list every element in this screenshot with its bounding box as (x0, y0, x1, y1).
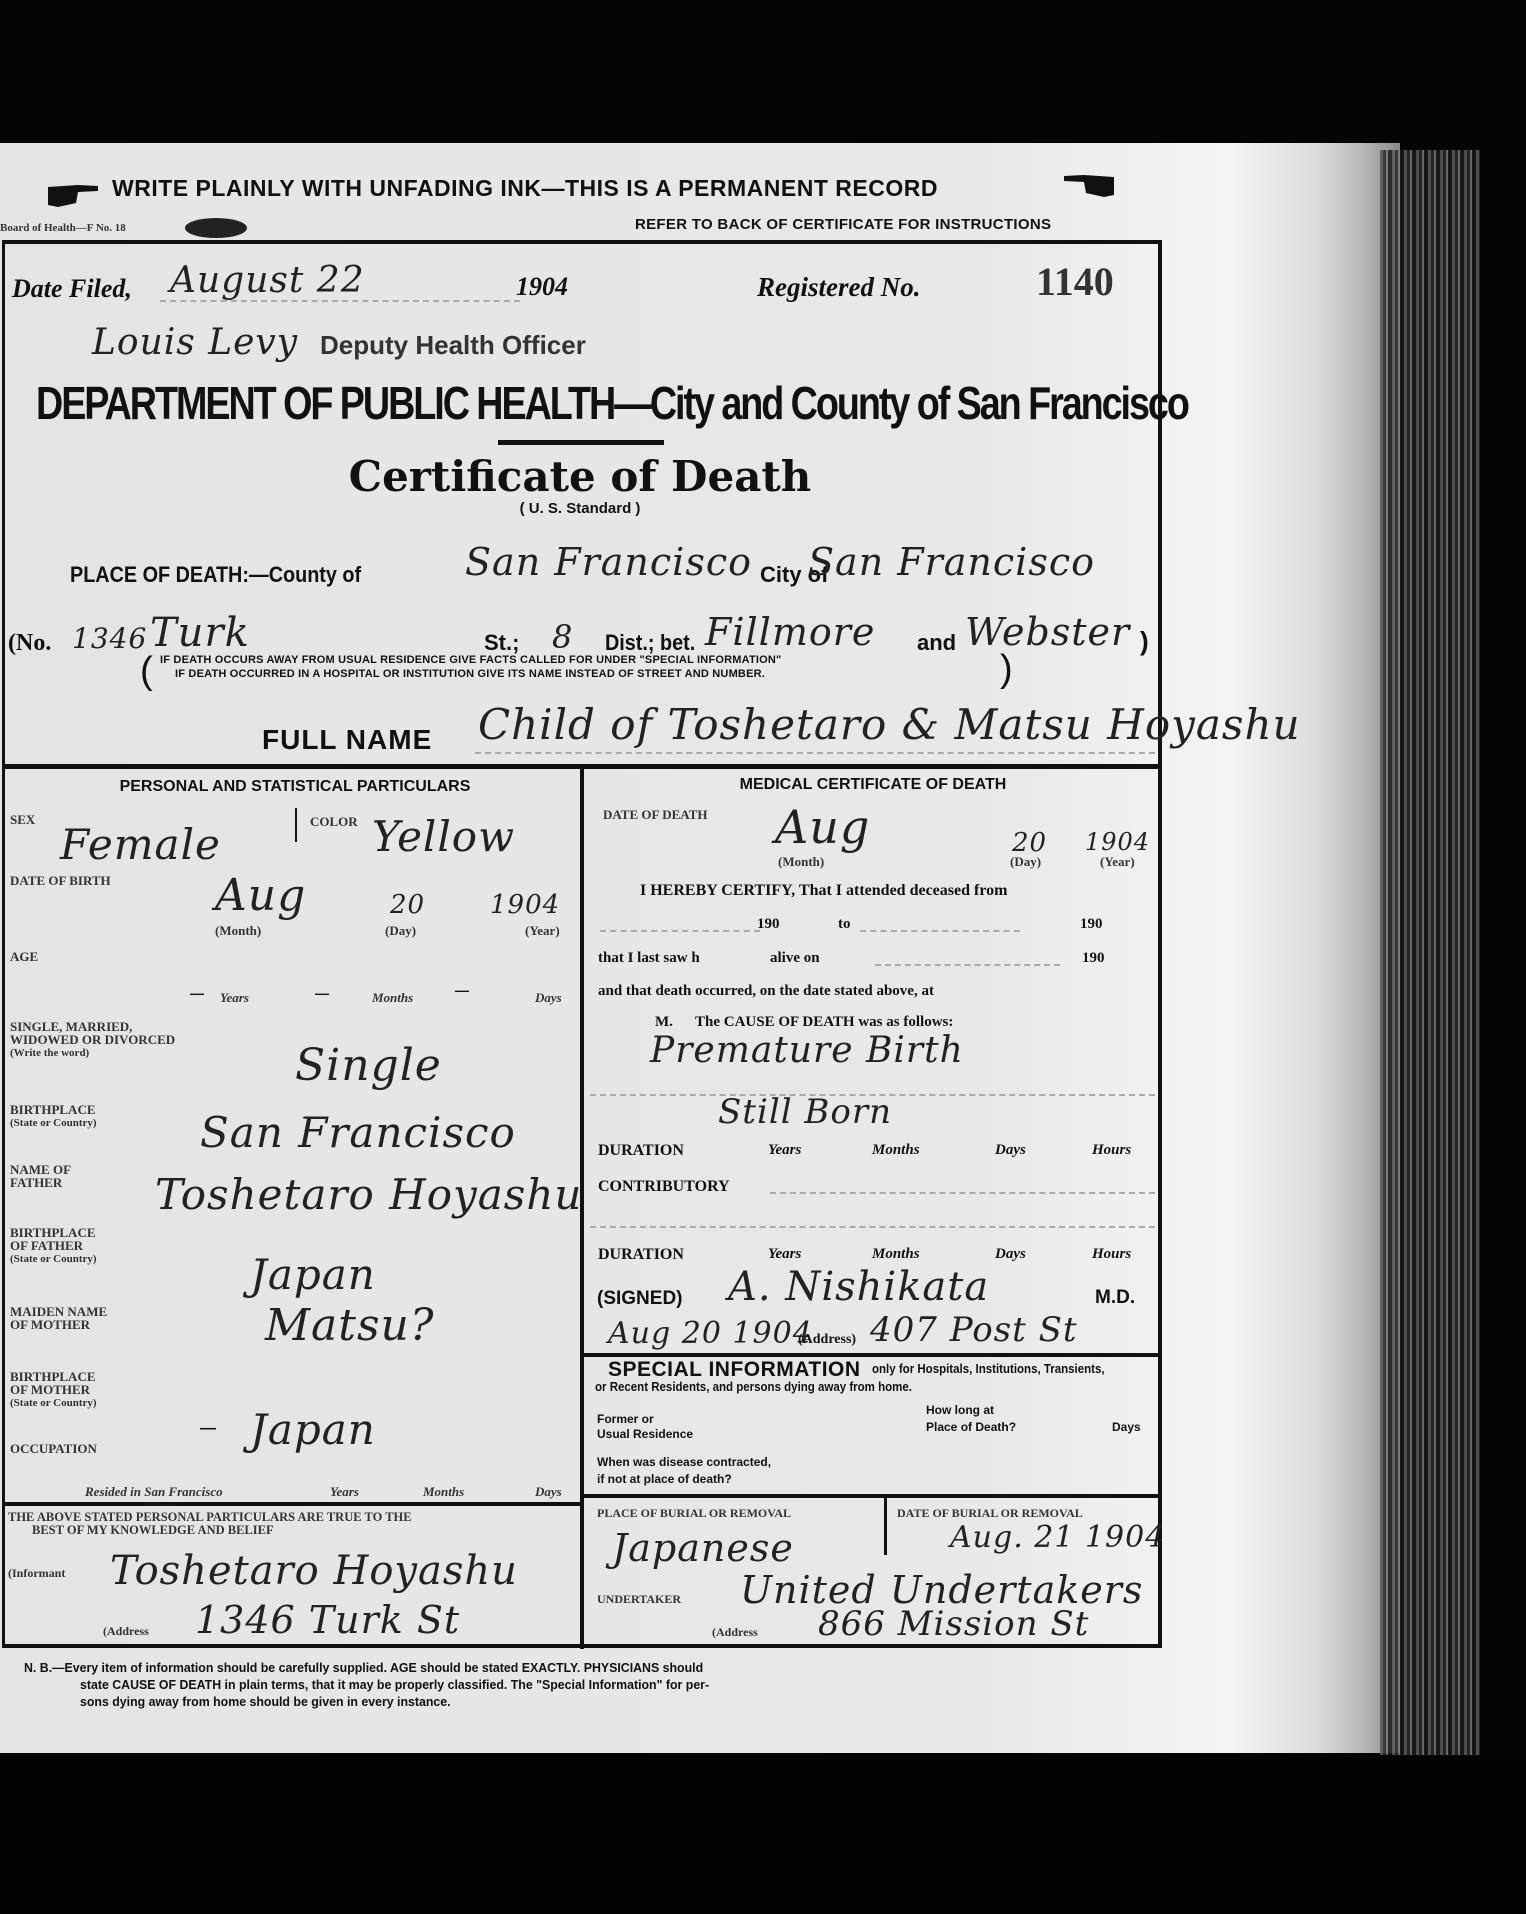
cause-primary: Premature Birth (650, 1030, 964, 1071)
place-of-death-label: PLACE OF DEATH:—County of (70, 562, 361, 588)
contributory-line (770, 1192, 1155, 1194)
pointing-hand-icon (1062, 173, 1114, 199)
standard-subtitle: ( U. S. Standard ) (430, 500, 730, 517)
duration-months-2: Months (872, 1246, 920, 1263)
attest-rule (2, 1502, 580, 1506)
contracted-label-1: When was disease contracted, (597, 1455, 771, 1469)
dob-day: 20 (390, 890, 425, 920)
birthplace-label-2: (State or Country) (10, 1116, 97, 1130)
close-paren-large: ) (1000, 648, 1013, 691)
dob-month-caption: (Month) (215, 924, 261, 938)
duration-label-2: DURATION (598, 1246, 684, 1264)
dob-year-caption: (Year) (525, 924, 560, 938)
resided-months: Months (423, 1484, 464, 1500)
age-years: — (190, 985, 204, 1001)
form-code: Board of Health—F No. 18 (0, 222, 126, 234)
department-title: DEPARTMENT OF PUBLIC HEALTH—City and Cou… (36, 376, 1188, 430)
how-long-days: Days (1112, 1420, 1141, 1434)
alive-190: 190 (1082, 950, 1105, 967)
informant-address-label: (Address (103, 1624, 149, 1638)
open-paren-large: ( (140, 650, 153, 693)
sex-color-divider (295, 808, 297, 842)
informant-name: Toshetaro Hoyashu (110, 1548, 518, 1594)
date-filed-value: August 22 (170, 260, 365, 301)
to-date-line (860, 930, 1020, 932)
date-filed-line (160, 300, 520, 302)
full-name-label: FULL NAME (262, 724, 432, 756)
alive-date-line (875, 964, 1060, 966)
burial-divider (884, 1497, 887, 1555)
father-birthplace-label-3: (State or Country) (10, 1252, 97, 1266)
refer-note: REFER TO BACK OF CERTIFICATE FOR INSTRUC… (635, 216, 1051, 233)
from-date-line (600, 930, 760, 932)
personal-heading: PERSONAL AND STATISTICAL PARTICULARS (10, 778, 580, 796)
resided-years: Years (330, 1484, 359, 1500)
dob-year: 1904 (490, 890, 560, 920)
burial-place: Japanese (612, 1526, 794, 1570)
sex-label: SEX (10, 813, 35, 827)
mother-birthplace-label-3: (State or Country) (10, 1396, 97, 1410)
father-name: Toshetaro Hoyashu (155, 1170, 582, 1219)
street-number: 1346 (72, 622, 147, 655)
registered-number: 1140 (1036, 258, 1114, 305)
father-birthplace-label-2: OF FATHER (10, 1239, 83, 1253)
city-value: San Francisco (808, 540, 1095, 584)
duration-days-2: Days (995, 1246, 1026, 1263)
father-label-2: FATHER (10, 1176, 62, 1190)
attest-line-1: THE ABOVE STATED PERSONAL PARTICULARS AR… (8, 1510, 412, 1524)
duration-months: Months (872, 1142, 920, 1159)
mother-birthplace-dash: — (200, 1420, 216, 1438)
between-street-1: Fillmore (705, 610, 875, 654)
resided-days: Days (535, 1484, 562, 1500)
footnote-line-3: sons dying away from home should be give… (80, 1694, 451, 1709)
dod-month-caption: (Month) (778, 855, 824, 869)
physician-signature: A. Nishikata (728, 1264, 989, 1310)
attest-line-2: BEST OF MY KNOWLEDGE AND BELIEF (32, 1523, 274, 1537)
county-value: San Francisco (465, 540, 752, 584)
former-residence-label-2: Usual Residence (597, 1427, 693, 1441)
signed-date: Aug 20 1904 (608, 1316, 813, 1351)
color-value: Yellow (372, 812, 515, 861)
contributory-label: CONTRIBUTORY (598, 1178, 730, 1196)
residence-note-2: IF DEATH OCCURRED IN A HOSPITAL OR INSTI… (175, 668, 765, 680)
contributory-line-2 (590, 1226, 1155, 1228)
district-label: Dist.; bet. (605, 630, 695, 656)
footnote-line-1: N. B.—Every item of information should b… (24, 1660, 703, 1675)
death-occurred-label: and that death occurred, on the date sta… (598, 983, 934, 1000)
dob-day-caption: (Day) (385, 924, 416, 938)
md-label: M.D. (1095, 1287, 1135, 1309)
dod-year-caption: (Year) (1100, 855, 1135, 869)
and-label: and (917, 630, 956, 656)
cause-secondary: Still Born (718, 1092, 892, 1132)
registered-label: Registered No. (757, 272, 920, 303)
officer-title: Deputy Health Officer (320, 330, 586, 361)
duration-years-2: Years (768, 1246, 801, 1263)
marital-value: Single (295, 1040, 442, 1091)
dod-label: DATE OF DEATH (603, 808, 708, 822)
signed-label: (SIGNED) (597, 1288, 683, 1310)
pointing-hand-icon (48, 183, 100, 209)
marital-label-2: WIDOWED OR DIVORCED (10, 1033, 175, 1047)
m-label: M. (655, 1014, 673, 1031)
burial-date-label: DATE of BURIAL or REMOVAL (897, 1506, 1083, 1520)
special-heading: SPECIAL INFORMATION (608, 1358, 861, 1382)
color-label: COLOR (310, 815, 358, 829)
date-filed-year: 1904 (516, 272, 568, 302)
burial-place-label: PLACE OF BURIAL OR REMOVAL (597, 1506, 791, 1520)
father-birthplace: Japan (250, 1250, 376, 1299)
informant-address: 1346 Turk St (195, 1598, 460, 1642)
undertaker-label: UNDERTAKER (597, 1592, 681, 1606)
contracted-label-2: if not at place of death? (597, 1472, 732, 1486)
age-months: — (315, 985, 329, 1001)
duration-years: Years (768, 1142, 801, 1159)
full-name-line (475, 752, 1155, 754)
occupation-label: OCCUPATION (10, 1442, 97, 1456)
birthplace-label-1: BIRTHPLACE (10, 1103, 96, 1117)
mother-name: Matsu? (265, 1300, 434, 1351)
physician-address-label: (Address) (798, 1332, 856, 1348)
mother-label-2: OF MOTHER (10, 1318, 90, 1332)
duration-hours-2: Hours (1092, 1246, 1131, 1263)
duration-days: Days (995, 1142, 1026, 1159)
dark-background (0, 1755, 1526, 1914)
age-label: AGE (10, 950, 38, 964)
full-name-value: Child of Toshetaro & Matsu Hoyashu (478, 700, 1301, 749)
close-paren: ) (1140, 626, 1149, 657)
seal-icon (185, 218, 247, 238)
special-heading-rest: only for Hospitals, Institutions, Transi… (872, 1362, 1105, 1376)
mother-birthplace: Japan (250, 1405, 376, 1454)
physician-address: 407 Post St (870, 1310, 1078, 1350)
dod-year: 1904 (1085, 828, 1150, 856)
mother-birthplace-label-2: OF MOTHER (10, 1383, 90, 1397)
age-days: — (455, 982, 469, 998)
burial-date: Aug. 21 1904 (950, 1520, 1165, 1555)
dod-day-caption: (Day) (1010, 855, 1041, 869)
date-filed-label: Date Filed, (12, 274, 132, 304)
certificate-title: Certificate of Death (330, 452, 830, 501)
special-info-rule (584, 1353, 1162, 1357)
street-name: Turk (150, 610, 250, 656)
certify-line: I HEREBY CERTIFY, That I attended deceas… (640, 882, 1007, 900)
cause-label: The CAUSE OF DEATH was as follows: (695, 1014, 953, 1031)
burial-rule (584, 1494, 1162, 1498)
alive-on-label: alive on (770, 950, 820, 967)
banner-text: WRITE PLAINLY WITH UNFADING INK—THIS IS … (112, 175, 938, 202)
age-years-caption: Years (220, 990, 249, 1006)
undertaker-address: 866 Mission St (818, 1604, 1089, 1644)
st-label: St.; (484, 630, 519, 656)
how-long-label-1: How long at (926, 1403, 994, 1417)
informant-label: (Informant (8, 1566, 65, 1580)
to-190: 190 (1080, 916, 1103, 933)
medical-heading: MEDICAL CERTIFICATE OF DEATH (584, 776, 1162, 794)
how-long-label-2: Place of Death? (926, 1420, 1016, 1434)
age-days-caption: Days (535, 990, 562, 1006)
last-saw-label: that I last saw h (598, 950, 700, 967)
street-no-label: (No. (8, 630, 51, 657)
district-value: 8 (552, 618, 573, 656)
marital-label-3: (Write the word) (10, 1046, 89, 1060)
residence-note-1: IF DEATH OCCURS AWAY FROM USUAL RESIDENC… (160, 654, 781, 666)
duration-label: DURATION (598, 1142, 684, 1160)
former-residence-label-1: Former or (597, 1412, 654, 1426)
birthplace-value: San Francisco (200, 1108, 516, 1157)
book-page-edges (1380, 150, 1480, 1810)
between-street-2: Webster (965, 610, 1130, 654)
from-190: 190 (757, 916, 780, 933)
dob-month: Aug (215, 870, 306, 921)
dob-label: DATE OF BIRTH (10, 874, 111, 888)
undertaker-address-label: (Address (712, 1625, 758, 1639)
to-label: to (838, 916, 851, 933)
special-heading-line2: or Recent Residents, and persons dying a… (595, 1380, 912, 1394)
dod-month: Aug (775, 800, 870, 854)
sex-value: Female (60, 820, 221, 869)
officer-signature: Louis Levy (92, 322, 298, 363)
age-months-caption: Months (372, 990, 413, 1006)
duration-hours: Hours (1092, 1142, 1131, 1159)
title-rule (498, 440, 664, 445)
footnote-line-2: state CAUSE OF DEATH in plain terms, tha… (80, 1677, 709, 1692)
resided-label: Resided in San Francisco (85, 1484, 223, 1500)
